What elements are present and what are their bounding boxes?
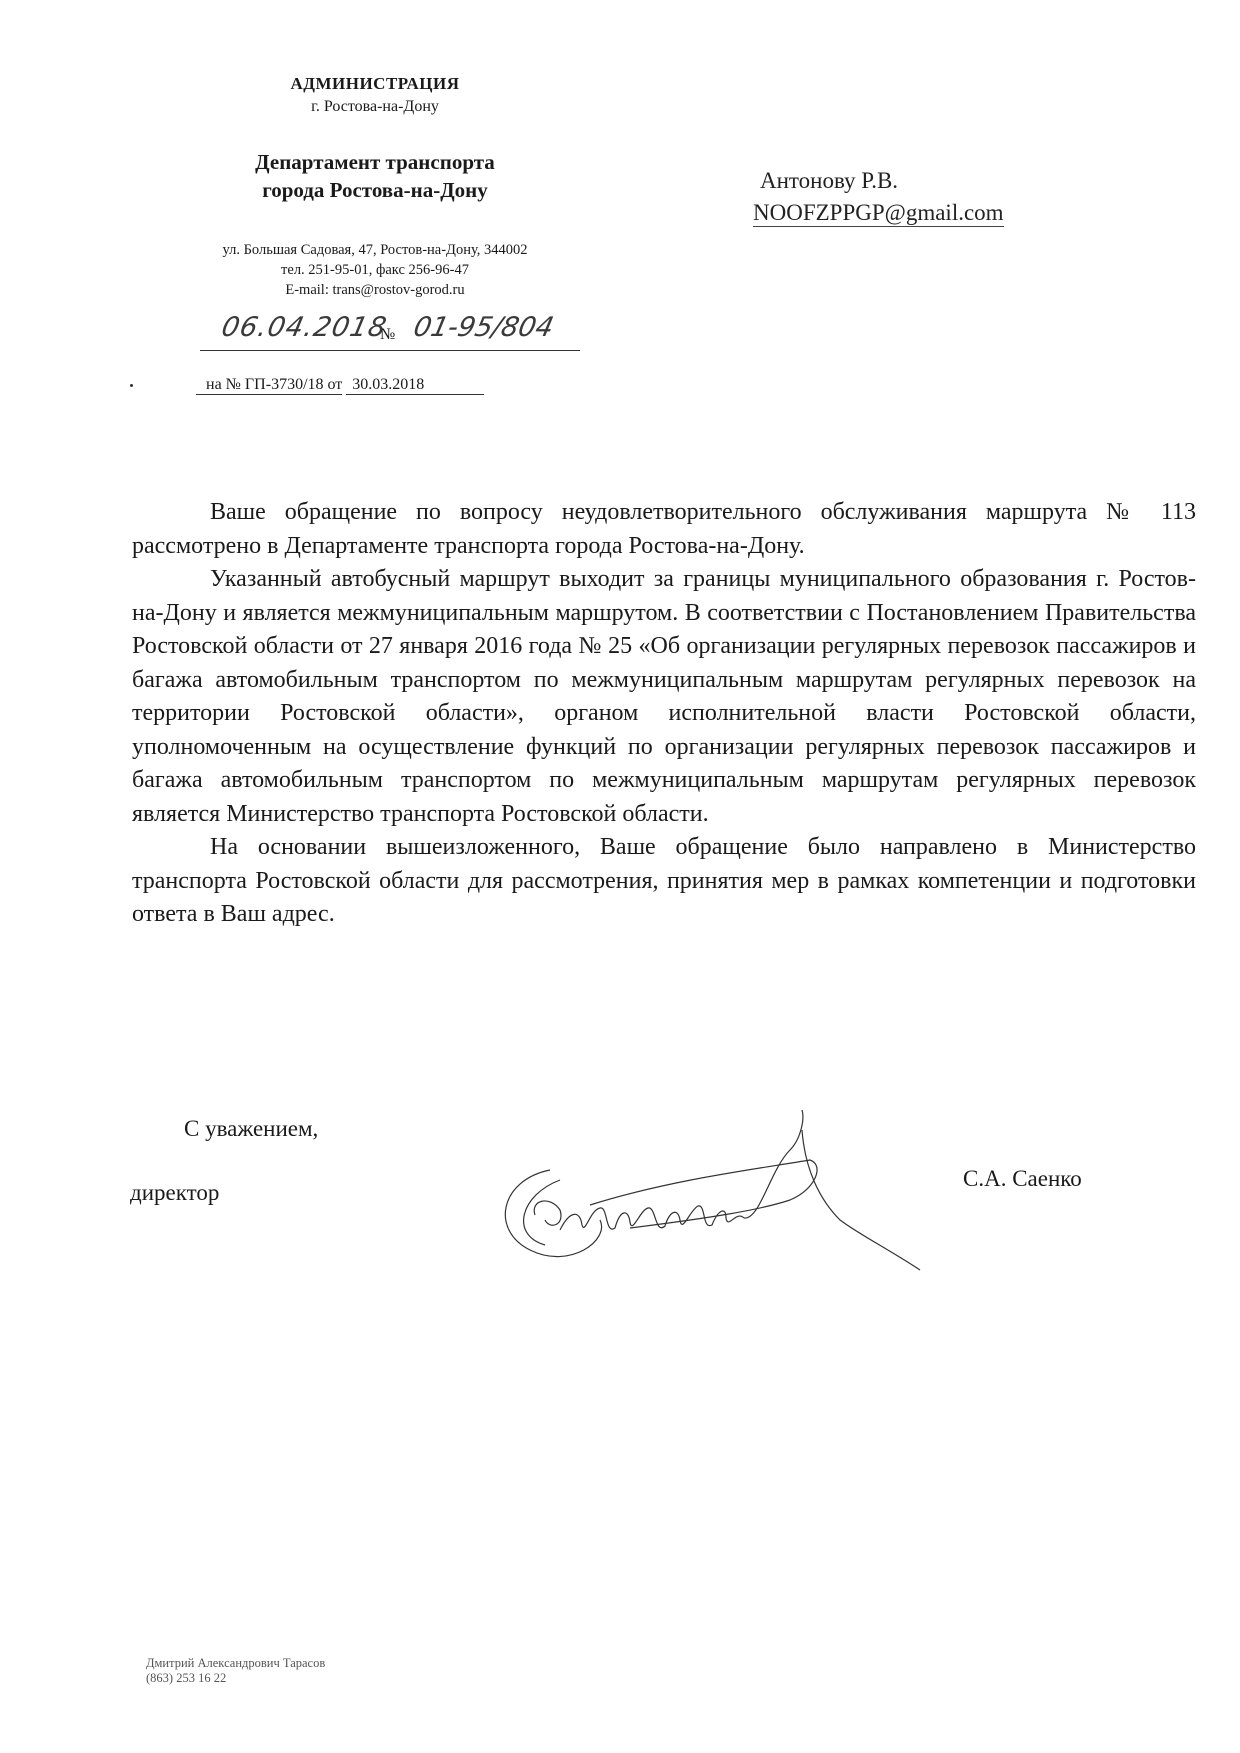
- paragraph: Указанный автобусный маршрут выходит за …: [132, 563, 1196, 831]
- letterhead-contacts: ул. Большая Садовая, 47, Ростов-на-Дону,…: [160, 240, 590, 300]
- paragraph: На основании вышеизложенного, Ваше обращ…: [132, 831, 1196, 932]
- executor-phone: (863) 253 16 22: [146, 1671, 325, 1686]
- registration-line: 06.04.2018 № 01-95/804: [200, 312, 580, 351]
- signer-name: С.А. Саенко: [963, 1166, 1082, 1192]
- recipient-email: NOOFZPPGP@gmail.com: [753, 200, 1004, 227]
- letterhead-org: АДМИНИСТРАЦИЯ: [160, 74, 590, 94]
- scan-speck: [130, 384, 133, 387]
- handwritten-signature-icon: [490, 1110, 930, 1280]
- registration-date: 06.04.2018: [219, 312, 390, 343]
- address: ул. Большая Садовая, 47, Ростов-на-Дону,…: [160, 240, 590, 260]
- executor-footer: Дмитрий Александрович Тарасов (863) 253 …: [146, 1656, 325, 1686]
- executor-name: Дмитрий Александрович Тарасов: [146, 1656, 325, 1671]
- number-sign: №: [380, 326, 395, 344]
- phones: тел. 251-95-01, факс 256-96-47: [160, 260, 590, 280]
- letter-body: Ваше обращение по вопросу неудовлетворит…: [132, 496, 1196, 932]
- reference-line: на № ГП-3730/18 от 30.03.2018: [196, 376, 574, 395]
- closing-salutation: С уважением,: [184, 1116, 318, 1142]
- letterhead-department: Департамент транспорта города Ростова-на…: [160, 148, 590, 204]
- department-line-2: города Ростова-на-Дону: [160, 176, 590, 204]
- department-email: E-mail: trans@rostov-gorod.ru: [160, 280, 590, 300]
- registration-number: 01-95/804: [411, 312, 557, 343]
- letterhead-city: г. Ростова-на-Дону: [160, 98, 590, 116]
- paragraph: Ваше обращение по вопросу неудовлетворит…: [132, 496, 1196, 563]
- signer-position: директор: [130, 1180, 219, 1206]
- department-line-1: Департамент транспорта: [160, 148, 590, 176]
- recipient-name: Антонову Р.В.: [760, 168, 1140, 194]
- reference-number: на № ГП-3730/18 от: [196, 376, 342, 395]
- reference-date: 30.03.2018: [346, 376, 484, 395]
